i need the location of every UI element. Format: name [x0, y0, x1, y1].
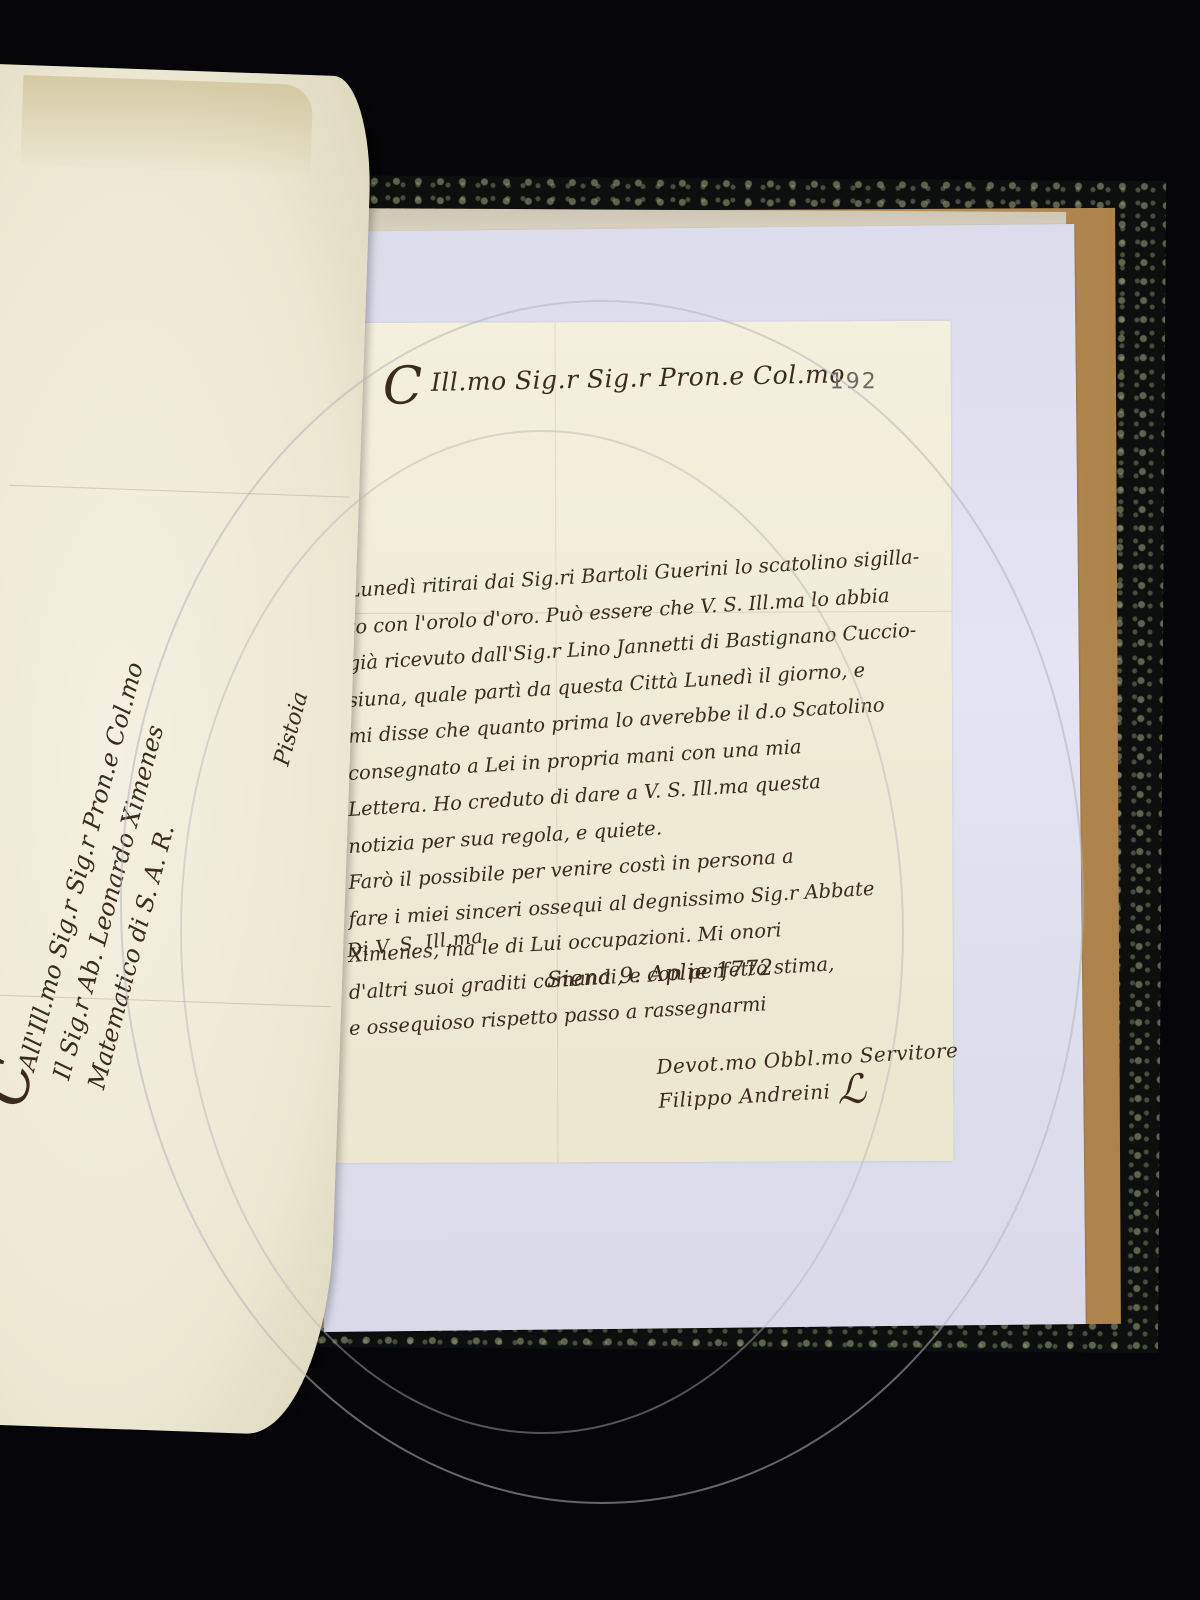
photo-scene: CIll.mo Sig.r Sig.r Pron.e Col.mo 192 Lu… [0, 0, 1200, 1600]
salutation-text: Ill.mo Sig.r Sig.r Pron.e Col.mo [431, 359, 845, 397]
handwritten-letter: CIll.mo Sig.r Sig.r Pron.e Col.mo 192 Lu… [325, 321, 954, 1163]
archive-folio-number: 192 [830, 369, 878, 394]
salutation-flourish: C [382, 368, 423, 405]
page-fold-line [9, 485, 349, 498]
signature-flourish-icon: ℒ [836, 1066, 868, 1114]
page-top-stain [20, 75, 313, 175]
signature-name: Filippo Andreini [658, 1079, 831, 1113]
address-city: Pistoia [270, 689, 314, 768]
address-block: C All'Ill.mo Sig.r Sig.r Pron.e Col.mo I… [9, 658, 222, 1093]
left-book-page: C All'Ill.mo Sig.r Sig.r Pron.e Col.mo I… [0, 64, 374, 1437]
letter-salutation: CIll.mo Sig.r Sig.r Pron.e Col.mo [382, 359, 845, 405]
